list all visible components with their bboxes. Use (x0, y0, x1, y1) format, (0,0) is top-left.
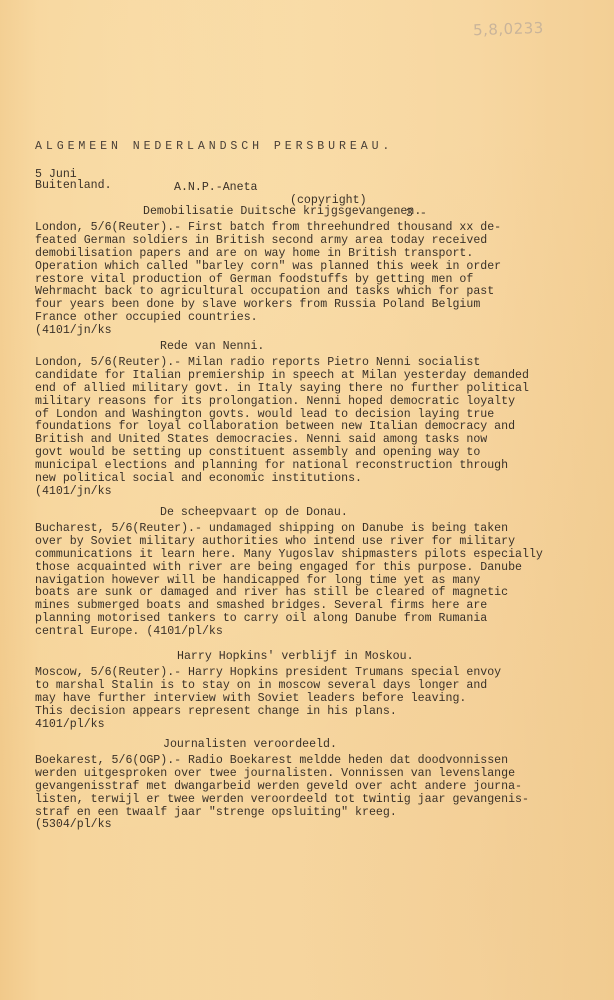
news-item-heading: Demobilisatie Duitsche krijgsgevangenen. (143, 205, 421, 218)
section-label: Buitenland. (35, 179, 112, 192)
body-line: central Europe. (4101/pl/ks (35, 626, 543, 639)
body-line: Operation which called "barley corn" was… (35, 261, 501, 274)
body-line: Bucharest, 5/6(Reuter).- undamaged shipp… (35, 523, 543, 536)
body-line: listen, terwijl er twee werden veroordee… (35, 794, 529, 807)
body-line: military reasons for its prolongation. N… (35, 396, 529, 409)
news-item-body: Moscow, 5/6(Reuter).- Harry Hopkins pres… (35, 667, 501, 731)
body-line: those acquainted with river are being en… (35, 562, 543, 575)
body-line: Moscow, 5/6(Reuter).- Harry Hopkins pres… (35, 667, 501, 680)
body-line: feated German soldiers in British second… (35, 235, 501, 248)
news-item-body: Bucharest, 5/6(Reuter).- undamaged shipp… (35, 523, 543, 639)
body-line: werden uitgesproken over twee journalist… (35, 768, 529, 781)
body-line: This decision appears represent change i… (35, 706, 501, 719)
body-line: end of allied military govt. in Italy sa… (35, 383, 529, 396)
reference-code: (5304/pl/ks (35, 819, 529, 832)
news-item-body: London, 5/6(Reuter).- First batch from t… (35, 222, 501, 338)
agency: A.N.P.-Aneta (174, 181, 258, 194)
body-line: London, 5/6(Reuter).- Milan radio report… (35, 357, 529, 370)
body-line: new political social and economic instit… (35, 473, 529, 486)
news-item-body: London, 5/6(Reuter).- Milan radio report… (35, 357, 529, 499)
reference-code: 4101/pl/ks (35, 719, 501, 732)
news-item-heading: Rede van Nenni. (160, 340, 264, 353)
body-line: may have further interview with Soviet l… (35, 693, 501, 706)
news-item-heading: Journalisten veroordeeld. (163, 738, 337, 751)
body-line: communications it learn here. Many Yugos… (35, 549, 543, 562)
body-line: demobilisation papers and are on way hom… (35, 248, 501, 261)
news-item-heading: Harry Hopkins' verblijf in Moskou. (177, 650, 414, 663)
body-line: over by Soviet military authorities who … (35, 536, 543, 549)
news-item-heading: De scheepvaart op de Donau. (160, 506, 348, 519)
body-line: London, 5/6(Reuter).- First batch from t… (35, 222, 501, 235)
body-line: Boekarest, 5/6(OGP).- Radio Boekarest me… (35, 755, 529, 768)
archive-number: 5,8,0233 (473, 19, 544, 39)
news-item-body: Boekarest, 5/6(OGP).- Radio Boekarest me… (35, 755, 529, 832)
body-line: gevangenisstraf met dwangarbeid werden g… (35, 781, 529, 794)
body-line: to marshal Stalin is to stay on in mosco… (35, 680, 501, 693)
reference-code: (4101/jn/ks (35, 325, 501, 338)
masthead: ALGEMEEN NEDERLANDSCH PERSBUREAU. (35, 140, 393, 153)
body-line: candidate for Italian premiership in spe… (35, 370, 529, 383)
reference-code: (4101/jn/ks (35, 486, 529, 499)
